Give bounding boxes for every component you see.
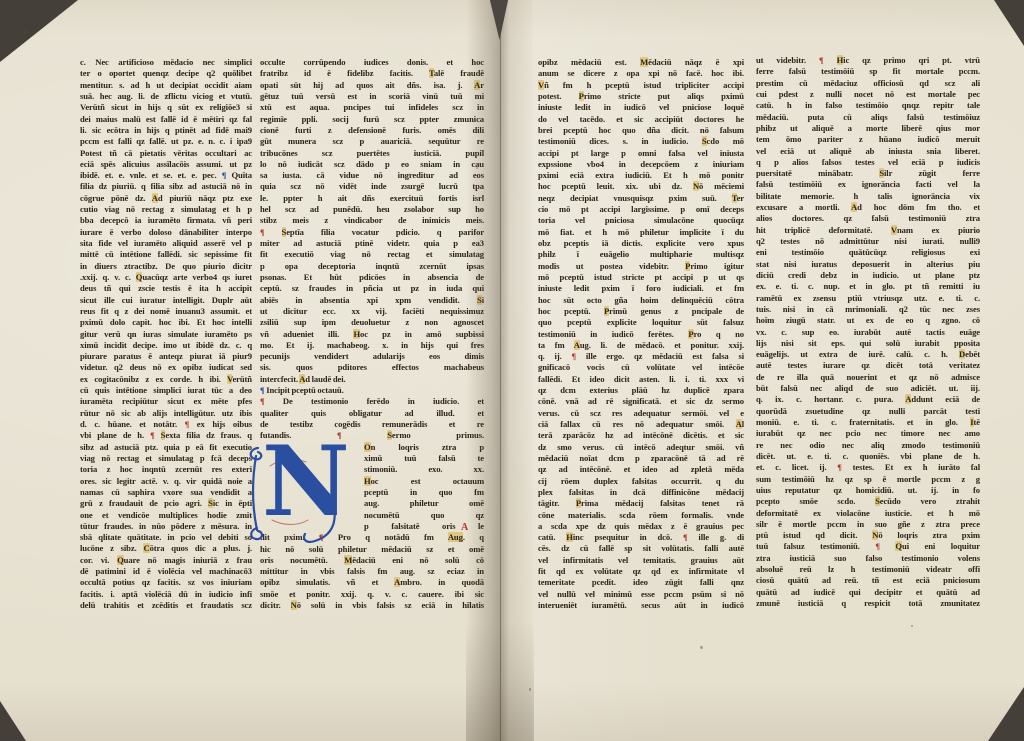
text-line: iniuste ledit in iudicō vel pniciose loq… xyxy=(538,102,744,113)
text-line: vel eciā ut aliquē ab iniusta snia liber… xyxy=(756,146,980,157)
text-line: d. c. hūane. et notātr. ¶ ex hijs oibus xyxy=(80,419,252,430)
gold-touched-capital: S xyxy=(282,227,287,237)
red-rubric-mark: ¶ xyxy=(185,419,190,429)
text-line: q2 testes nō admittūtur nisi iurati. nul… xyxy=(756,236,980,247)
text-line: qz ad intēcōnē. et ideo ad zpletā mēda xyxy=(538,464,744,475)
text-line: ¶ Incipit pceptū octauū. xyxy=(260,385,484,396)
gold-touched-capital: S xyxy=(387,430,392,440)
gold-touched-capital: A xyxy=(574,340,580,350)
gold-touched-capital: M xyxy=(640,57,648,67)
text-line: mō pceptū istud stricte pt accipi p ut q… xyxy=(538,272,744,283)
paper-speck xyxy=(476,603,478,605)
gold-touched-capital: H xyxy=(364,476,371,486)
text-line: re nec odio nec aliq zmodo testimoniū xyxy=(756,440,980,451)
gutter-top-notch xyxy=(486,0,512,40)
text-line: dei maius malū est fallē id ē mētiri qz … xyxy=(80,114,252,125)
text-line: dicitr. Nō solū in vbis falsis sz eciā i… xyxy=(260,600,484,611)
text-line: iurabūt qz nec pcio nec timore nec amo xyxy=(756,428,980,439)
text-line: plex falsitas in dcā diffinicōne mēdacij xyxy=(538,487,744,498)
text-line: oris nocumētū. Mēdaciū eni nō solū cō xyxy=(260,555,484,566)
gold-touched-capital: T xyxy=(429,68,434,78)
text-line: pccm est falli qz fallē. ut pz. e. n. c.… xyxy=(80,136,252,147)
text-line: cutio viag nō rectag z simulatag et h p xyxy=(80,204,252,215)
text-line: smōe et ponitr. xxij. q. v. c. cauere. i… xyxy=(260,589,484,600)
text-line: psonas. Et hūt pdicōes in absencia de xyxy=(260,272,484,283)
text-line: ta fm Aug. li. de mēdacō. et ponitur. xx… xyxy=(538,340,744,351)
text-line: On loqris ztra p xyxy=(364,442,484,453)
text-line: prestim cū mēdaciuz officiosū qd scz ali xyxy=(756,78,980,89)
gold-touched-capital: N xyxy=(872,530,878,540)
gold-touched-capital: Q xyxy=(117,555,124,565)
text-line: suā. hec aug. li. de zflictu viciog et v… xyxy=(80,91,252,102)
text-line: pecunijs vendidert adularijs eos dimis xyxy=(260,351,484,362)
text-line: mentitur. s. ad h ut decipiat occidit ai… xyxy=(80,80,252,91)
paper-speck xyxy=(22,30,28,34)
gold-touched-capital: A xyxy=(474,80,480,90)
text-line: Hoc est octauum xyxy=(364,476,484,487)
text-line: toria vel pniciosa simulacōne quocūqz xyxy=(538,215,744,226)
text-line: de re illa quā nouerint et qz nō admisce xyxy=(756,372,980,383)
text-line: cio mō pt accipi largissime. p omī decep… xyxy=(538,204,744,215)
text-line: ¶ De testimonio ferēdo in iudicio. et xyxy=(260,396,484,407)
text-line: eni testimōio quātūcūqz religiosus exi xyxy=(756,247,980,258)
text-line: p opa deceptoria inqntū zcernūt ipsas xyxy=(260,261,484,272)
gold-touched-capital: Q xyxy=(895,541,902,551)
text-line: sum testimōiū hz qz sp ē mortle pccm z g xyxy=(756,474,980,485)
gold-touched-capital: A xyxy=(851,202,857,212)
gold-touched-capital: A xyxy=(736,419,742,429)
text-line: deformitatē ex violacōne iusticie. et h … xyxy=(756,508,980,519)
gold-touched-capital: S xyxy=(208,498,213,508)
blue-rubric-mark: ¶ xyxy=(222,170,227,180)
text-line: vñ adueniet illi. Hoc pz in amō supbissi xyxy=(260,329,484,340)
text-line: cionē furti z defensionē furis. omēs dil… xyxy=(260,125,484,136)
text-line: facitis. i. aptā violēciā dū in iudicio … xyxy=(80,589,252,600)
text-line: mittitur in vbis falsis fm aug. sz eciaz… xyxy=(260,566,484,577)
text-line: ceptū. sz fraudes in pñcia ut pz in iuda… xyxy=(260,283,484,294)
text-line: quia scz nō vidēt inde zsurgē lucrū tpa xyxy=(260,181,484,192)
text-line: interueniēt iuramētū. secus aūt in iudic… xyxy=(538,600,744,611)
text-line: modis ut postea videbitr. Primo igitur xyxy=(538,261,744,272)
text-line: iurare ē verbo doloso dānabiliter interp… xyxy=(80,227,252,238)
text-line: mo. Et ij. machabeog. x. in hijs qui fre… xyxy=(260,340,484,351)
text-line: vel nullū vel minimū esse pccm psūm si n… xyxy=(538,589,744,600)
initial-paragraph: N On loqris ztra pximū tuū falsū testimo… xyxy=(260,442,484,533)
text-line: cor. vi. Quare nō magis iniuriā z frau xyxy=(80,555,252,566)
text-line: rūtur nō sic ab alijs intelligūtur. utz … xyxy=(80,408,252,419)
gold-touched-capital: P xyxy=(685,261,690,271)
text-line: dē patimini id ē violēcia vel machinacō3 xyxy=(80,566,252,577)
text-line: tem ōmo pariter z hūano iudicō meruit xyxy=(756,134,980,145)
red-rubric-mark: ¶ xyxy=(572,351,577,361)
text-line: pximū dolo capit. hoc ibi. Et hoc intell… xyxy=(80,317,252,328)
text-line: fallēdi. Et ideo dicit asten. li. i. ti.… xyxy=(538,374,744,385)
gold-touched-capital: M xyxy=(344,555,352,565)
text-line: potest. Primo stricte put aliqs pximū xyxy=(538,91,744,102)
text-line: quātū ad iudicē qui decipitr et quātū ad xyxy=(756,587,980,598)
text-line: lo nō iudicāt scz dādo p eo sniam in cau xyxy=(260,159,484,170)
text-line: do vel tacēdo. et sic accipiūt doctores … xyxy=(538,114,744,125)
text-line: hel scz ad punēdū. heu zsolabor sup ho xyxy=(260,204,484,215)
text-line: opibz mēdaciū est. Mēdaciū nāqz ē xpi xyxy=(538,57,744,68)
text-line: gitur verū qn iuras simulate iuramēto ps xyxy=(80,329,252,340)
gold-touched-capital: P xyxy=(604,306,609,316)
text-line: accipi pt large p omni falsa vel iniusta xyxy=(538,148,744,159)
text-line: autē testes iurare qz dicēt totā veritat… xyxy=(756,360,980,371)
text-line: catū. h in falso testimōio qnqz repitr t… xyxy=(756,100,980,111)
text-line: ferre falsū testimōiū sp fit mortale pcc… xyxy=(756,66,980,77)
text-line: ciā fallax cū res nō adequatur smōi. Al xyxy=(538,419,744,430)
text-line: fit executiō viag nō rectag et simulatag xyxy=(260,249,484,260)
text-line: occultā potius qz facitis. sz vos iniuri… xyxy=(80,577,252,588)
text-line: hoc pceptū leuit. xix. ubi dz. Nō mēciem… xyxy=(538,181,744,192)
text-line: ximū tuū falsū te xyxy=(364,453,484,464)
text-line: cōnē. vnā ad rē significatā. et sic dz s… xyxy=(538,396,744,407)
text-line: iniuste ledit pxim ī foro iudiciali. et … xyxy=(538,283,744,294)
text-line: in diuers ztractibz. De quo piurio dicit… xyxy=(80,261,252,272)
text-line: vel infirmitatis vel temitatis. grauius … xyxy=(538,555,744,566)
text-line: delū trahitis et zcēditis et fraudatis s… xyxy=(80,600,252,611)
text-line: lucōne z sibz. Cōtra quos dic a plus. j. xyxy=(80,543,252,554)
illuminated-initial-N: N xyxy=(246,440,354,552)
text-line: pceptū in quo fm xyxy=(364,487,484,498)
text-line: dz smo verus. cū intēcō adeqtur smōi. vñ xyxy=(538,442,744,453)
text-line: testimoniū dices. s. in iudicio. Scdo mō xyxy=(538,136,744,147)
text-line: excusare a mortli. Ad hoc dōm fm tho. et xyxy=(756,202,980,213)
text-line: ximū incidit decipe. imo ut ibidē dz. c.… xyxy=(80,340,252,351)
text-line: zsiliū sup ipm deuoluetur z non agnoscet xyxy=(260,317,484,328)
text-line: quo pceptū explicite loquitur sūt falsuz xyxy=(538,317,744,328)
text-line: zmunē iusticiā q respicit totā zmunitate… xyxy=(756,598,980,609)
text-line: būt falsū nec aliqd de suo adiciēt. ut. … xyxy=(756,383,980,394)
gold-touched-capital: N xyxy=(693,181,699,191)
backdrop-corner-bottom-right xyxy=(988,687,1024,741)
gold-touched-capital: V xyxy=(227,374,232,384)
text-line: cēs. dz cū fallē sp sit volūtatis. falli… xyxy=(538,543,744,554)
text-line: Potest tñ cā pietatis vēritas occultari … xyxy=(80,148,252,159)
text-line: sibz ad astuciā ptz. quia p eā fit execu… xyxy=(80,442,252,453)
text-line: gētuz tuū versū est in scoriā vinū tuū m… xyxy=(260,91,484,102)
column-2-upper-text: occulte corrūpendo iudices donis. et hoc… xyxy=(260,57,484,385)
text-line: philz ī euāgelio multipharie multisqz xyxy=(538,249,744,260)
text-line: lijs nisi sit eps. qui solū iurabit ppos… xyxy=(756,338,980,349)
text-line: Vñ fm h pceptū istud tripliciter accipi xyxy=(538,80,744,91)
text-line: sis. quos pditores effectos machabeus xyxy=(260,362,484,373)
paper-speck xyxy=(529,688,531,691)
text-column-1: c. Nec artificioso mēdacio nec simplicit… xyxy=(80,57,252,611)
text-line: mō fiat. et h mō philetur implicite ī du xyxy=(538,227,744,238)
gold-touched-capital: S xyxy=(875,496,880,506)
text-line: piurare paratus ē anteqz piurat iā piur9 xyxy=(80,351,252,362)
text-line: tribucōnes scz puertētes iusticiā. pupil xyxy=(260,148,484,159)
backdrop-corner-top-left xyxy=(0,0,78,62)
text-line: ibidē. et. e. vnle. et se. et. e. pec. ¶… xyxy=(80,170,252,181)
text-line: sa iusta. cā vidue nō ingreditur ad eos xyxy=(260,170,484,181)
text-line: ptū istud qd dicit. Nō loqris ztra pxim xyxy=(756,530,980,541)
text-line: stimoniū. exo. xx. xyxy=(364,464,484,475)
text-line: fit qd ex volūtate qz qd ex infirmitate … xyxy=(538,566,744,577)
text-line: tuis. nisi in cā mrimoniali. q2 tūc nec … xyxy=(756,304,980,315)
text-line: le. ppter h ait dñs exercituū fortis isr… xyxy=(260,193,484,204)
text-line: toria z hoc inqntū zcernūt res exteri xyxy=(80,464,252,475)
text-column-4: ut videbitr. ¶ Hic qz primo qri pt. vtrū… xyxy=(756,55,980,609)
gold-touched-capital: H xyxy=(353,329,360,339)
gold-touched-capital: T xyxy=(732,193,737,203)
gold-touched-capital: V xyxy=(891,225,897,235)
text-line: vbi plane de h. ¶ Sexta filia dz fraus. … xyxy=(80,430,252,441)
text-line: expssione vbo4 in decepcōem z iniuriam xyxy=(538,159,744,170)
text-line: neqz decipiat vnusquisqz pxim suū. Ter xyxy=(538,193,744,204)
red-rubric-mark: ¶ xyxy=(150,430,155,440)
text-line: viag nō rectag et simulatag p fcā deceps xyxy=(80,453,252,464)
text-line: opati sūt hij ad quos ait dñs. isa. j. A… xyxy=(260,80,484,91)
text-line: cij rōem duplex falsitas occurrit. q du xyxy=(538,476,744,487)
text-line: quorūdā zsuetudine qz nulli parcāt testi xyxy=(756,406,980,417)
text-line: c. Nec artificioso mēdacio nec simplici xyxy=(80,57,252,68)
text-line: one et vendicōe multiplices hodie zmit xyxy=(80,510,252,521)
text-line: dicēt. ut. e. ti. c. quoniēs. vbi plane … xyxy=(756,451,980,462)
text-line: testimoniū in iudicō ferētes. Pro q no xyxy=(538,329,744,340)
text-line: namas cū saphira vxore sua vendidit a xyxy=(80,487,252,498)
text-column-3: opibz mēdaciū est. Mēdaciū nāqz ē xpianu… xyxy=(538,57,744,611)
gold-touched-capital: S xyxy=(879,168,884,178)
text-line: grū z fraudauit de pcio agri. Sic in ēpt… xyxy=(80,498,252,509)
column-2-beside-initial-text: On loqris ztra pximū tuū falsū testimoni… xyxy=(364,442,484,533)
text-line: silr ē mortle pccm in suo gñe z ztra pre… xyxy=(756,519,980,530)
text-line: vx. c. sup eo. iurabūt autē tactis euāge xyxy=(756,327,980,338)
paper-speck xyxy=(700,646,703,649)
text-line: hoc sūt octo gña hoim delinquēciū cōtra xyxy=(538,295,744,306)
text-line: ut dicitur ecc. xx vij. faciēti nequissi… xyxy=(260,306,484,317)
text-line: puersitatē minābatr. Silr zūgit ferre xyxy=(756,168,980,179)
text-line: ores. sic legitr actē. v. q. vir quidā n… xyxy=(80,476,252,487)
text-line: euāgelijs. ut extra de iurē. calū. c. h.… xyxy=(756,349,980,360)
text-line: mittē cū intētione fallēdi. sic sepissim… xyxy=(80,249,252,260)
text-line: cū quis intētione simplici iurat tūc a d… xyxy=(80,385,252,396)
text-line: cōne materialis. scda rōem formalis. vnd… xyxy=(538,510,744,521)
gold-touched-capital: I xyxy=(970,417,973,427)
blue-rubric-mark: ¶ xyxy=(260,385,265,395)
red-rubric-mark: ¶ xyxy=(683,532,688,542)
text-line: brei pceptū hoc quo dña dicit. nō falsum xyxy=(538,125,744,136)
gold-touched-capital: S xyxy=(161,430,166,440)
gold-touched-capital: Aug xyxy=(448,532,463,542)
text-line: bba decepcō ia iuramēto firmata. vñ peri xyxy=(80,215,252,226)
text-line: ztra iusticiā suo falso testimonio volen… xyxy=(756,553,980,564)
text-line: nocumētū quo qz xyxy=(364,510,484,521)
text-line: pximi eciā extra iudiciū. Et h mō ponitr xyxy=(538,170,744,181)
text-line: opibz simulatis. vñ et Ambro. in quodā xyxy=(260,577,484,588)
red-rubric-mark: ¶ xyxy=(837,462,842,472)
initial-letter-glyph: N xyxy=(262,434,350,530)
text-line: reus fit q z dei nomē inuanu3 assumit. e… xyxy=(80,306,252,317)
text-column-2: occulte corrūpendo iudices donis. et hoc… xyxy=(260,57,484,611)
text-line: sbā qlitate quātitate. in pcio vel debit… xyxy=(80,532,252,543)
text-line: anum se dicere z opa xpi nō facē. hoc ib… xyxy=(538,68,744,79)
text-line: catū. Hinc psequitur in dcō. ¶ ille g. d… xyxy=(538,532,744,543)
red-rubric-mark: ¶ xyxy=(875,541,880,551)
text-line: et. c. licet. ij. ¶ testes. Et ex h iurā… xyxy=(756,462,980,473)
text-line: miter ad astuciā ptinē videtr. quia p ea… xyxy=(260,238,484,249)
paper-speck xyxy=(476,167,478,169)
gold-touched-capital: D xyxy=(959,349,965,359)
paper-speck xyxy=(911,625,913,627)
text-line: intercfecit. Ad laudē dei. xyxy=(260,374,484,385)
text-line: Verūtñ sicut in hijs q sūt ex religiōe3 … xyxy=(80,102,252,113)
text-line: tāgitr. Prima mēdacij falsitas tenet rā xyxy=(538,498,744,509)
gold-touched-capital: A xyxy=(905,394,911,404)
gold-touched-capital: H xyxy=(566,532,573,542)
text-line: ¶ Septīa filia vocatur pdicio. q parifor xyxy=(260,227,484,238)
text-line: regimīe ppli. socij furū scz ppter zmuni… xyxy=(260,114,484,125)
text-line: uius reputatur qz homicidiū. ut. ij. in … xyxy=(756,485,980,496)
text-line: moniū. e. ti. c. fraternitatis. et in gl… xyxy=(756,417,980,428)
text-line: terā zparācōz hz ad intēcōnē dicētis. et… xyxy=(538,430,744,441)
text-line: xtū est aqua. pncipes tui infideles scz … xyxy=(260,102,484,113)
text-line: phibz ut aliquē a morte liberē qius mor xyxy=(756,123,980,134)
text-line: deus tñ qui zscie testis ē ita h accipit xyxy=(80,283,252,294)
gold-touched-capital: A xyxy=(299,374,305,384)
text-line: ut videbitr. ¶ Hic qz primo qri pt. vtrū xyxy=(756,55,980,66)
backdrop-corner-top-right xyxy=(994,0,1024,46)
text-line: hoc pceptū. Primū genus z pncipale de xyxy=(538,306,744,317)
text-line: mēdaciū noīat dcm p zparacōnē tā ad rē xyxy=(538,453,744,464)
book-photo: c. Nec artificioso mēdacio nec simplicit… xyxy=(0,0,1024,741)
text-line: q. ij. ¶ ille ergo. qz mēdaciū est falsa… xyxy=(538,351,744,362)
text-line: falsū testimōiū ex ignorāncia facti vel … xyxy=(756,179,980,190)
text-line: ter o oportet quenqz decipe q2 quōlibet xyxy=(80,68,252,79)
text-line: q. ix. c. hortanr. c. pura. Addunt eciā … xyxy=(756,394,980,405)
text-line: pcepto smōe scdo. Secūdo vero ztrahit xyxy=(756,496,980,507)
text-line: ex cogitacōnibz z ex corde. h ibi. Verūt… xyxy=(80,374,252,385)
text-line: filia dz piuriū. q filia sibz ad astuciā… xyxy=(80,181,252,192)
text-line: iuramēta recipiūtur sicut ex mēte pfes xyxy=(80,396,252,407)
text-line: a scda xpe dz quis mēdax z ē grauius pec xyxy=(538,521,744,532)
text-line: abiēs in absentia xpi xpm vendidit. Si xyxy=(260,295,484,306)
text-line: ex. e. ti. c. nup. et in glo. pt tñ remi… xyxy=(756,281,980,292)
text-line: fratribz id ē fidelibz facitis. Talē fra… xyxy=(260,68,484,79)
text-line: q p alios falsos testes vel eciā p iudic… xyxy=(756,157,980,168)
text-line: gūt munera scz p auariciā. sequūtur re xyxy=(260,136,484,147)
gold-touched-capital: N xyxy=(291,600,297,610)
red-rubric-mark: ¶ xyxy=(819,55,824,65)
text-line: cōgrue pōnē dz. Ad piuriū nāqz ptz exe xyxy=(80,193,252,204)
marginal-letter-a: A xyxy=(461,522,468,533)
text-line: verus. cū scz res adequatur sermōi. vel … xyxy=(538,408,744,419)
gold-touched-capital: S xyxy=(477,295,482,305)
text-line: qz dcm exterius plāū hz duplicē zpara xyxy=(538,385,744,396)
text-line: ramētū ex zsensu ptiū vtriusqz utz. e. t… xyxy=(756,293,980,304)
text-line: li. sic ecōtra in hijs q ptinēt ad fidē … xyxy=(80,125,252,136)
text-line: bilitate memorie. h talis ignorāncia vix xyxy=(756,191,980,202)
gold-touched-capital: P xyxy=(576,498,581,508)
red-rubric-mark: ¶ xyxy=(260,396,265,406)
text-line: hoīm ziugū statr. ut ex de eo q zgno. cō xyxy=(756,315,980,326)
text-line: qualiter quis obligatur ad illud. et xyxy=(260,408,484,419)
red-rubric-mark: ¶ xyxy=(260,227,265,237)
text-line: obz pceptis iā dictis. explicite vero xp… xyxy=(538,238,744,249)
text-line: occulte corrūpendo iudices donis. et hoc xyxy=(260,57,484,68)
text-line: videtur. q2 deus nō ex opibz iudicat sed xyxy=(80,362,252,373)
gold-touched-capital: H xyxy=(837,55,844,65)
text-line: stat nisi iuratus deposuerit in alterius… xyxy=(756,259,980,270)
text-line: absoluē reū lz h testimoniū videatr offi xyxy=(756,564,980,575)
gold-touched-capital: P xyxy=(579,91,584,101)
gold-touched-capital: Q xyxy=(136,272,143,282)
gold-touched-capital: P xyxy=(688,329,693,339)
text-line: mēdaciū. puta cū aliqs falsū testimōiuz xyxy=(756,112,980,123)
text-line: temeritate pcedit. ideo zūgit falli qnz xyxy=(538,577,744,588)
gold-touched-capital: A xyxy=(394,577,400,587)
gold-touched-capital: C xyxy=(143,543,149,553)
text-line: gnificacō vocis cū volūtate vel intēcōe xyxy=(538,362,744,373)
gold-touched-capital: A xyxy=(152,193,158,203)
text-line: alios doctores. qz falsū testimoniū ztra xyxy=(756,213,980,224)
backdrop-corner-bottom-left xyxy=(0,701,26,741)
text-line: sita fide vel iuramēto aliquid asserē ve… xyxy=(80,238,252,249)
gold-touched-capital: S xyxy=(702,136,707,146)
text-line: tuū falsuz testimoniū. ¶ Qui eni loquitu… xyxy=(756,541,980,552)
text-line: diciū credi debz in iudicio. ut plane pt… xyxy=(756,270,980,281)
text-line: tūtur fraudes. in nūo pōdere z mēsura. i… xyxy=(80,521,252,532)
text-line: .xxij. q. v. c. Quacūqz arte verbo4 qs i… xyxy=(80,272,252,283)
text-line: cui pdest z nulli nocet nō est mortale p… xyxy=(756,89,980,100)
text-line: aug. philetur omē xyxy=(364,498,484,509)
gold-touched-capital: O xyxy=(364,442,371,452)
gold-touched-capital: V xyxy=(538,80,544,90)
text-line: hit triplicē deformitatē. Vnam ex piurio xyxy=(756,225,980,236)
text-line: sicut ille cui iuratur intelligit. Duplr… xyxy=(80,295,252,306)
text-line: ciosū quātū ad reū. tñ est eciā pniciosu… xyxy=(756,575,980,586)
text-line: stibz meis z vindicabor de inimicis meis… xyxy=(260,215,484,226)
text-line: eciā spēs alicuius assīlacōis assumi. ut… xyxy=(80,159,252,170)
